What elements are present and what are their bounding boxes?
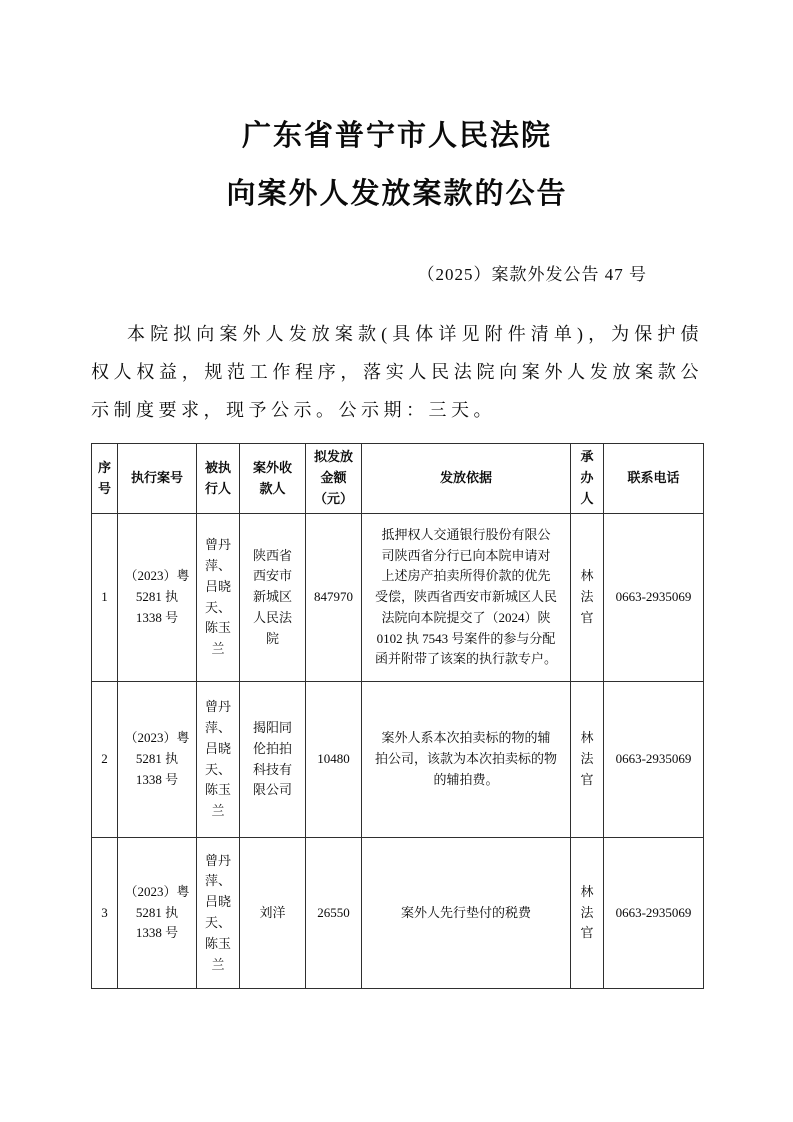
cell-case-no: （2023）粤 5281 执 1338 号 — [118, 838, 197, 989]
cell-basis: 案外人系本次拍卖标的物的辅 拍公司，该款为本次拍卖标的物 的辅拍费。 — [362, 682, 571, 838]
cell-phone: 0663-2935069 — [604, 682, 704, 838]
col-header-basis: 发放依据 — [362, 444, 571, 514]
col-header-judgment-debtor: 被执 行人 — [197, 444, 240, 514]
cell-handler: 林 法 官 — [571, 682, 604, 838]
cell-amount: 847970 — [306, 514, 362, 682]
cases-table: 序 号 执行案号 被执 行人 案外收 款人 拟发放 金额 （元） 发放依据 承 … — [91, 443, 704, 989]
table-row: 3 （2023）粤 5281 执 1338 号 曾丹 萍、 吕晓 天、 陈玉 兰… — [92, 838, 704, 989]
page-title-line-2: 向案外人发放案款的公告 — [91, 176, 703, 212]
table-header-row: 序 号 执行案号 被执 行人 案外收 款人 拟发放 金额 （元） 发放依据 承 … — [92, 444, 704, 514]
cell-basis: 抵押权人交通银行股份有限公 司陕西省分行已向本院申请对 上述房产拍卖所得价款的优… — [362, 514, 571, 682]
col-header-seq: 序 号 — [92, 444, 118, 514]
table-row: 2 （2023）粤 5281 执 1338 号 曾丹 萍、 吕晓 天、 陈玉 兰… — [92, 682, 704, 838]
cell-amount: 10480 — [306, 682, 362, 838]
cell-seq: 1 — [92, 514, 118, 682]
cell-basis: 案外人先行垫付的税费 — [362, 838, 571, 989]
cell-case-no: （2023）粤 5281 执 1338 号 — [118, 514, 197, 682]
cell-amount: 26550 — [306, 838, 362, 989]
doc-number: （2025）案款外发公告 47 号 — [91, 260, 703, 285]
cell-payee: 陕西省 西安市 新城区 人民法 院 — [240, 514, 306, 682]
col-header-amount: 拟发放 金额 （元） — [306, 444, 362, 514]
cell-handler: 林 法 官 — [571, 838, 604, 989]
page-title-line-1: 广东省普宁市人民法院 — [91, 118, 703, 154]
table-row: 1 （2023）粤 5281 执 1338 号 曾丹 萍、 吕晓 天、 陈玉 兰… — [92, 514, 704, 682]
cell-phone: 0663-2935069 — [604, 514, 704, 682]
col-header-handler: 承 办 人 — [571, 444, 604, 514]
col-header-payee: 案外收 款人 — [240, 444, 306, 514]
cell-judgment-debtor: 曾丹 萍、 吕晓 天、 陈玉 兰 — [197, 838, 240, 989]
cell-case-no: （2023）粤 5281 执 1338 号 — [118, 682, 197, 838]
cell-payee: 揭阳同 伦拍拍 科技有 限公司 — [240, 682, 306, 838]
cell-judgment-debtor: 曾丹 萍、 吕晓 天、 陈玉 兰 — [197, 682, 240, 838]
col-header-case-no: 执行案号 — [118, 444, 197, 514]
col-header-phone: 联系电话 — [604, 444, 704, 514]
cell-seq: 3 — [92, 838, 118, 989]
document-content: 广东省普宁市人民法院 向案外人发放案款的公告 （2025）案款外发公告 47 号… — [91, 0, 703, 989]
document-page: 广东省普宁市人民法院 向案外人发放案款的公告 （2025）案款外发公告 47 号… — [0, 0, 793, 1122]
announcement-body: 本院拟向案外人发放案款(具体详见附件清单)，为保护债权人权益，规范工作程序，落实… — [91, 315, 703, 429]
cell-handler: 林 法 官 — [571, 514, 604, 682]
cell-payee: 刘洋 — [240, 838, 306, 989]
cell-judgment-debtor: 曾丹 萍、 吕晓 天、 陈玉 兰 — [197, 514, 240, 682]
cell-phone: 0663-2935069 — [604, 838, 704, 989]
cell-seq: 2 — [92, 682, 118, 838]
